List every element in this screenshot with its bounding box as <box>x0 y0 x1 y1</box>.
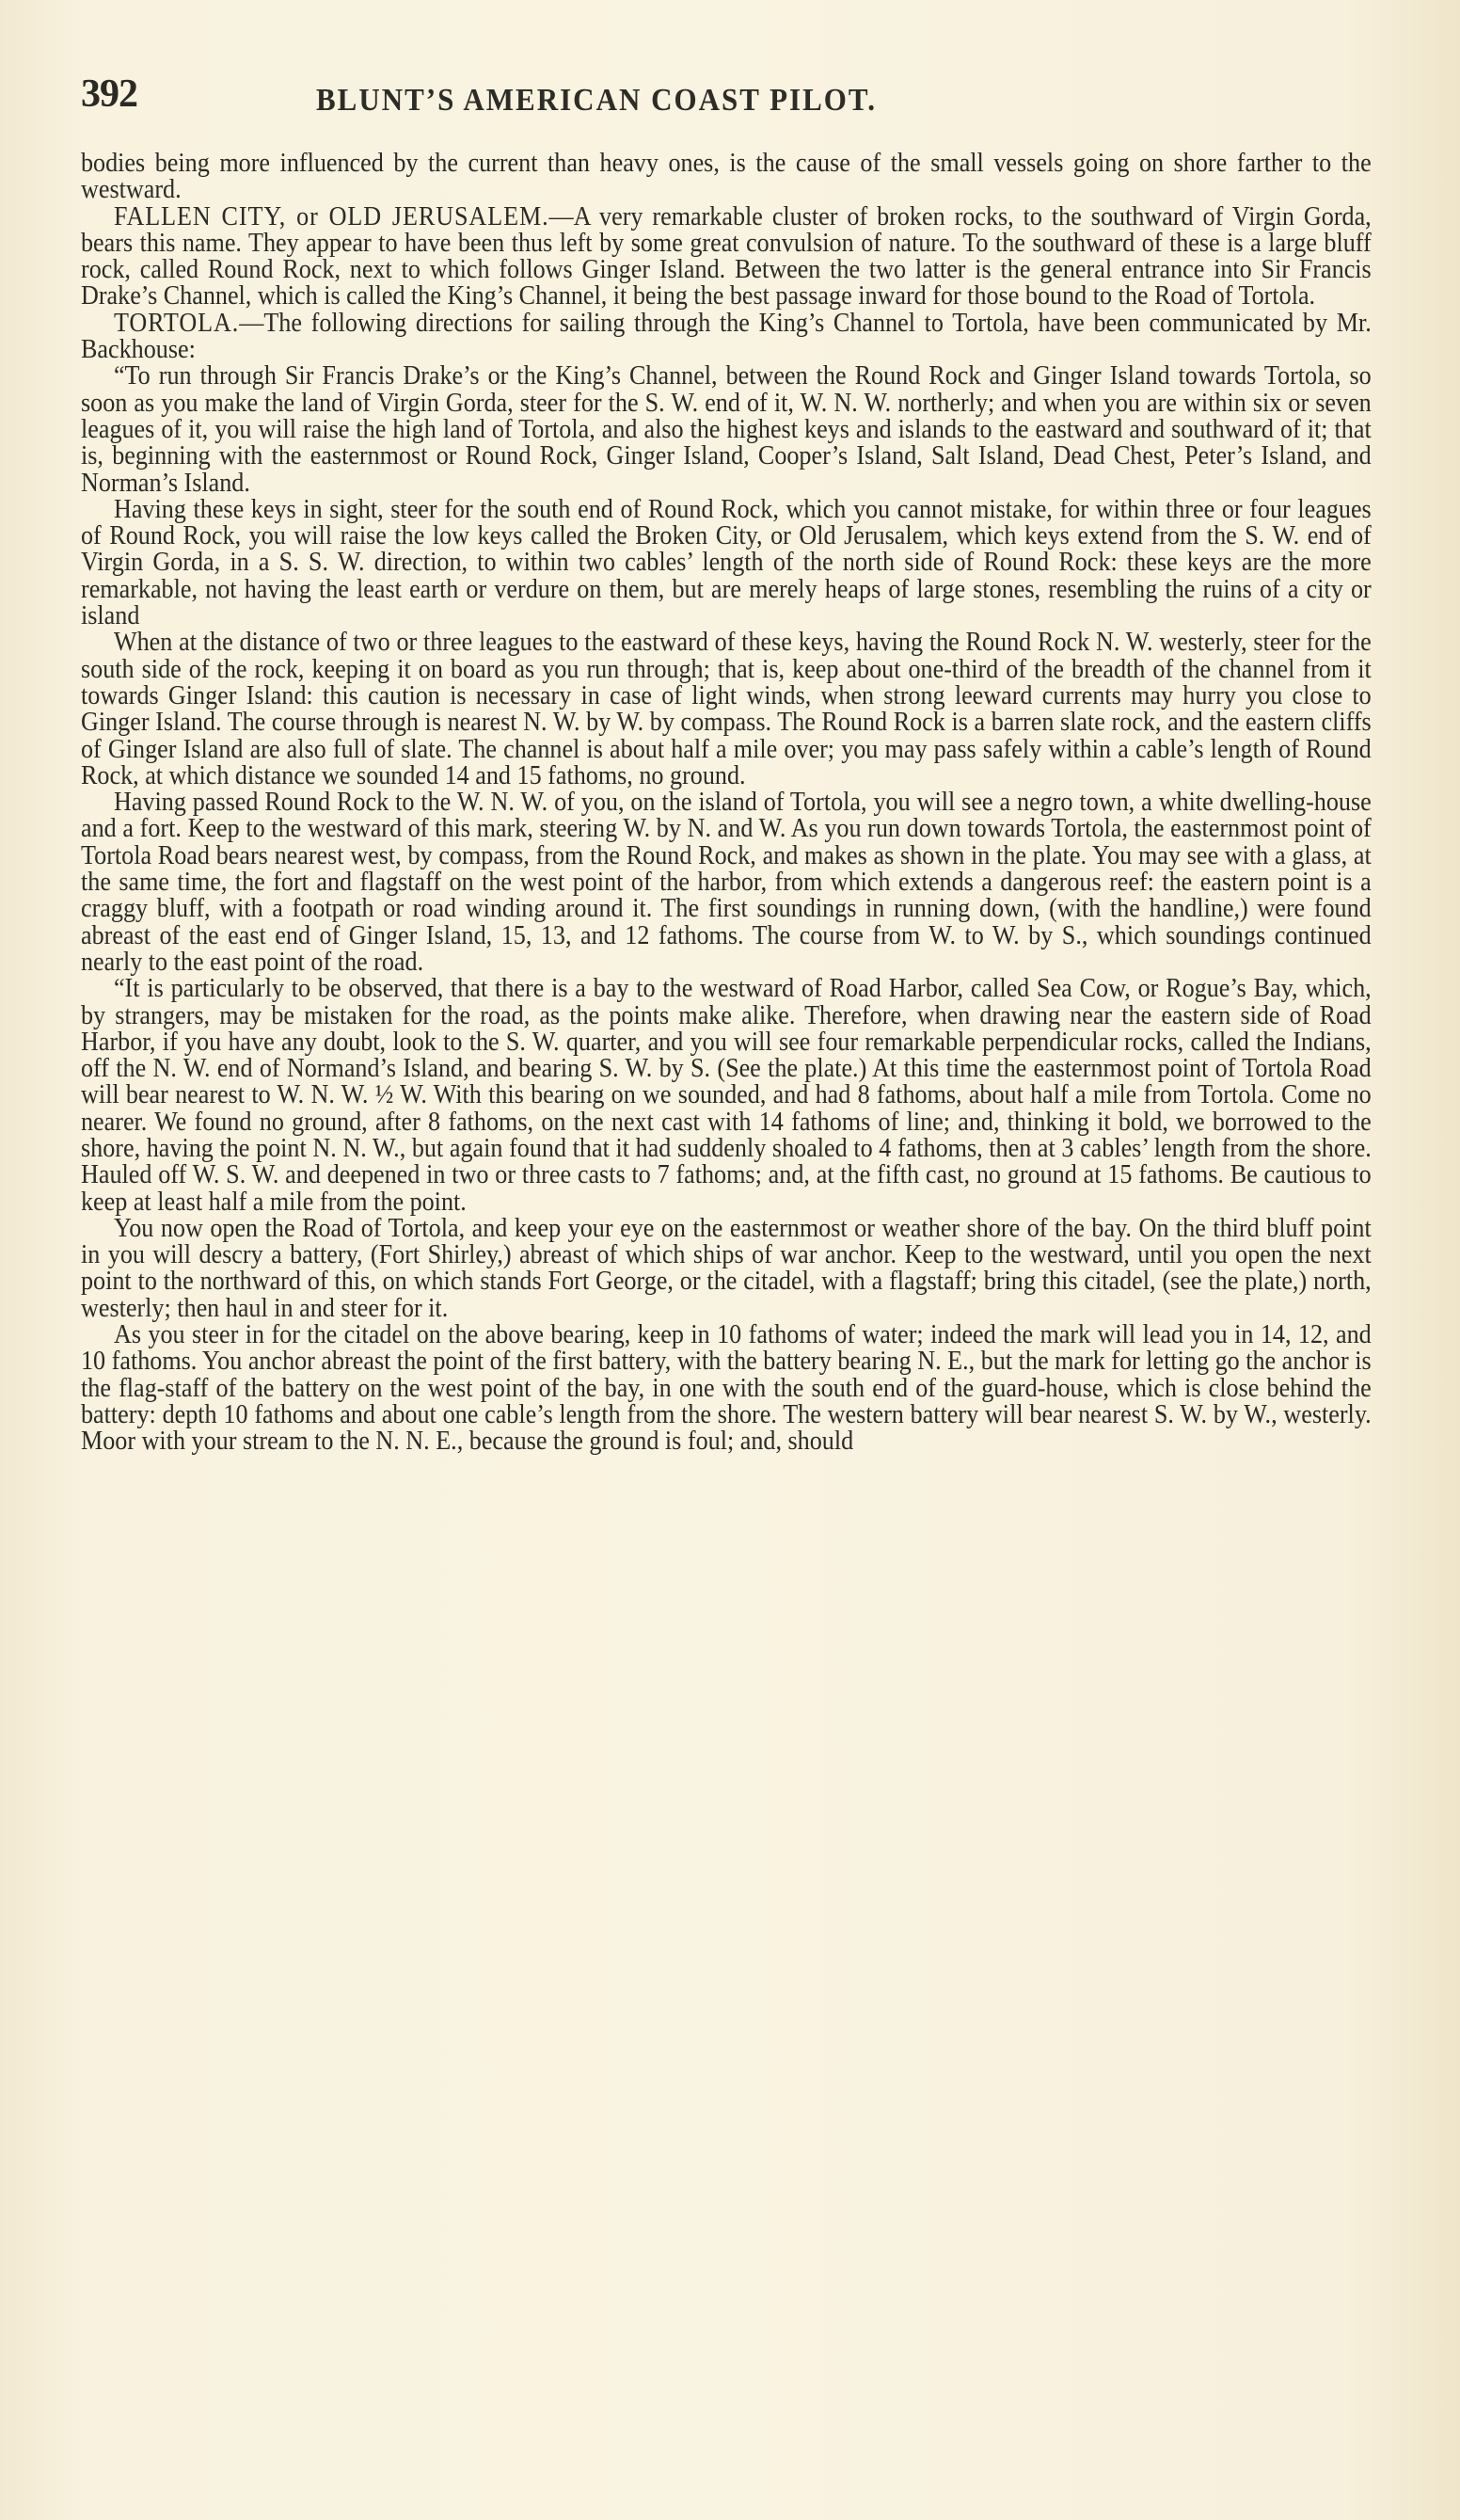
paragraph-fallen-city: FALLEN CITY, or OLD JERUSALEM.—A very re… <box>81 204 1372 311</box>
body-text: bodies being more influenced by the curr… <box>81 151 1372 1456</box>
paragraph: Having passed Round Rock to the W. N. W.… <box>81 789 1372 976</box>
section-lead-tortola: TORTOLA. <box>114 309 239 338</box>
paragraph-text: As you steer in for the citadel on the a… <box>81 1320 1372 1456</box>
paragraph: “It is particularly to be observed, that… <box>81 976 1372 1216</box>
page-number: 392 <box>81 72 137 117</box>
paragraph-text: bodies being more influenced by the curr… <box>81 149 1372 204</box>
paragraph-text: Having passed Round Rock to the W. N. W.… <box>81 788 1372 977</box>
bottom-margin <box>0 2409 1460 2520</box>
paragraph: When at the distance of two or three lea… <box>81 630 1372 789</box>
paragraph-text: “To run through Sir Francis Drake’s or t… <box>81 361 1372 497</box>
paragraph-text: Having these keys in sight, steer for th… <box>81 495 1372 630</box>
running-title: BLUNT’S AMERICAN COAST PILOT. <box>316 81 877 119</box>
paragraph: Having these keys in sight, steer for th… <box>81 497 1372 630</box>
paragraph-text: You now open the Road of Tortola, and ke… <box>81 1214 1372 1323</box>
running-head: 392 BLUNT’S AMERICAN COAST PILOT. <box>81 72 1372 113</box>
paragraph-text: —The following directions for sailing th… <box>81 309 1372 364</box>
section-lead-fallen-city: FALLEN CITY, or OLD JERUSALEM. <box>114 202 549 231</box>
paragraph-tortola: TORTOLA.—The following directions for sa… <box>81 311 1372 364</box>
paragraph-text: “It is particularly to be observed, that… <box>81 974 1372 1216</box>
paragraph: You now open the Road of Tortola, and ke… <box>81 1216 1372 1322</box>
paragraph-text: When at the distance of two or three lea… <box>81 628 1372 789</box>
paragraph: “To run through Sir Francis Drake’s or t… <box>81 363 1372 496</box>
paragraph: As you steer in for the citadel on the a… <box>81 1322 1372 1455</box>
paragraph-continuation: bodies being more influenced by the curr… <box>81 151 1372 204</box>
